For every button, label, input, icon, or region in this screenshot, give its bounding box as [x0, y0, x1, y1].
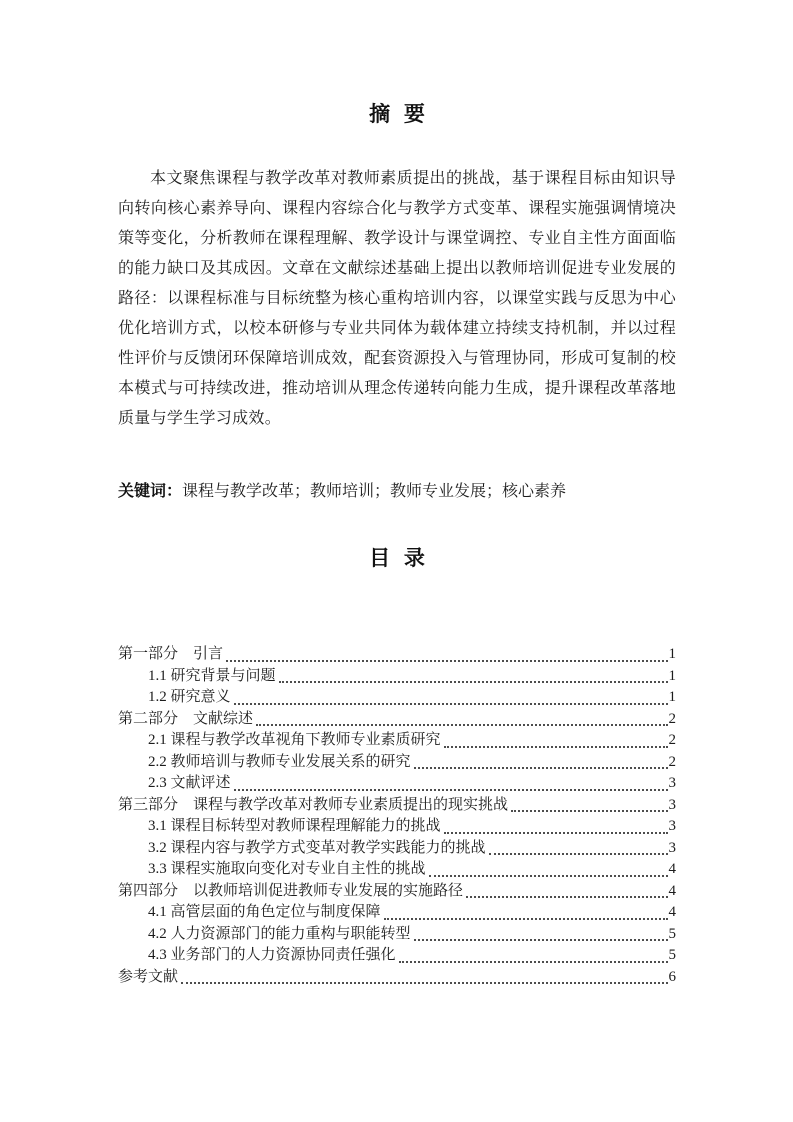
toc-entry-label: 1.2 研究意义 [148, 687, 231, 709]
toc-entry-label: 2.2 教师培训与教师专业发展关系的研究 [148, 752, 411, 774]
toc-entry[interactable]: 第二部分 文献综述 2 [118, 709, 676, 731]
toc-entry-label: 3.1 课程目标转型对教师课程理解能力的挑战 [148, 816, 441, 838]
keywords-line: 关键词：课程与教学改革；教师培训；教师专业发展；核心素养 [118, 482, 676, 502]
toc-entry[interactable]: 3.2 课程内容与教学方式变革对教学实践能力的挑战 3 [118, 838, 676, 860]
toc-entry[interactable]: 1.2 研究意义 1 [118, 687, 676, 709]
toc-leader-dots [414, 767, 668, 769]
toc-entry-page: 1 [669, 666, 677, 688]
toc-entry-page: 6 [669, 967, 677, 989]
toc-leader-dots [279, 681, 668, 683]
toc-entry-page: 3 [669, 838, 677, 860]
toc-leader-dots [466, 896, 667, 898]
toc-title: 目 录 [118, 546, 676, 572]
abstract-title: 摘 要 [118, 102, 676, 128]
toc-leader-dots [414, 939, 668, 941]
toc-entry-page: 4 [669, 902, 677, 924]
toc-entry-page: 3 [669, 795, 677, 817]
toc-entry-page: 1 [669, 687, 677, 709]
toc-entry-label: 4.2 人力资源部门的能力重构与职能转型 [148, 924, 411, 946]
toc-entry-page: 3 [669, 816, 677, 838]
keywords-label: 关键词： [118, 483, 182, 500]
toc-entry-page: 4 [669, 881, 677, 903]
toc-list: 第一部分 引言 1 1.1 研究背景与问题 1 1.2 研究意义 1 第二部分 … [118, 644, 676, 988]
toc-entry-page: 2 [669, 730, 677, 752]
toc-entry[interactable]: 4.2 人力资源部门的能力重构与职能转型 5 [118, 924, 676, 946]
toc-entry[interactable]: 第一部分 引言 1 [118, 644, 676, 666]
toc-entry-label: 3.3 课程实施取向变化对专业自主性的挑战 [148, 859, 426, 881]
keywords-text: 课程与教学改革；教师培训；教师专业发展；核心素养 [182, 483, 566, 500]
toc-entry-label: 第三部分 课程与教学改革对教师专业素质提出的现实挑战 [118, 795, 508, 817]
toc-entry-label: 4.1 高管层面的角色定位与制度保障 [148, 902, 381, 924]
toc-entry[interactable]: 4.3 业务部门的人力资源协同责任强化 5 [118, 945, 676, 967]
toc-leader-dots [444, 746, 668, 748]
toc-entry[interactable]: 第三部分 课程与教学改革对教师专业素质提出的现实挑战 3 [118, 795, 676, 817]
toc-leader-dots [234, 789, 668, 791]
toc-entry[interactable]: 参考文献 6 [118, 967, 676, 989]
toc-entry-label: 第一部分 引言 [118, 644, 223, 666]
toc-leader-dots [181, 982, 667, 984]
toc-entry[interactable]: 1.1 研究背景与问题 1 [118, 666, 676, 688]
toc-leader-dots [226, 660, 667, 662]
toc-entry-page: 2 [669, 709, 677, 731]
toc-entry[interactable]: 2.1 课程与教学改革视角下教师专业素质研究 2 [118, 730, 676, 752]
toc-entry-label: 第四部分 以教师培训促进教师专业发展的实施路径 [118, 881, 463, 903]
toc-entry-label: 2.1 课程与教学改革视角下教师专业素质研究 [148, 730, 441, 752]
toc-entry[interactable]: 3.1 课程目标转型对教师课程理解能力的挑战 3 [118, 816, 676, 838]
toc-leader-dots [429, 875, 668, 877]
toc-leader-dots [234, 703, 668, 705]
toc-leader-dots [384, 918, 668, 920]
toc-entry-page: 1 [669, 644, 677, 666]
toc-entry[interactable]: 第四部分 以教师培训促进教师专业发展的实施路径 4 [118, 881, 676, 903]
toc-entry-label: 1.1 研究背景与问题 [148, 666, 276, 688]
toc-leader-dots [399, 961, 668, 963]
abstract-paragraph: 本文聚焦课程与教学改革对教师素质提出的挑战，基于课程目标由知识导向转向核心素养导… [118, 164, 676, 434]
toc-entry-label: 参考文献 [118, 967, 178, 989]
toc-leader-dots [489, 853, 668, 855]
toc-entry[interactable]: 4.1 高管层面的角色定位与制度保障 4 [118, 902, 676, 924]
toc-entry-page: 5 [669, 945, 677, 967]
toc-entry-page: 4 [669, 859, 677, 881]
toc-entry-page: 5 [669, 924, 677, 946]
document-page: 摘 要 本文聚焦课程与教学改革对教师素质提出的挑战，基于课程目标由知识导向转向核… [0, 0, 793, 1122]
toc-entry-label: 3.2 课程内容与教学方式变革对教学实践能力的挑战 [148, 838, 486, 860]
toc-entry-label: 4.3 业务部门的人力资源协同责任强化 [148, 945, 396, 967]
toc-leader-dots [444, 832, 668, 834]
toc-entry-label: 2.3 文献评述 [148, 773, 231, 795]
toc-entry-page: 2 [669, 752, 677, 774]
toc-entry-page: 3 [669, 773, 677, 795]
toc-entry[interactable]: 3.3 课程实施取向变化对专业自主性的挑战 4 [118, 859, 676, 881]
toc-leader-dots [511, 810, 667, 812]
toc-entry[interactable]: 2.3 文献评述 3 [118, 773, 676, 795]
toc-entry[interactable]: 2.2 教师培训与教师专业发展关系的研究 2 [118, 752, 676, 774]
toc-entry-label: 第二部分 文献综述 [118, 709, 253, 731]
toc-leader-dots [256, 724, 667, 726]
